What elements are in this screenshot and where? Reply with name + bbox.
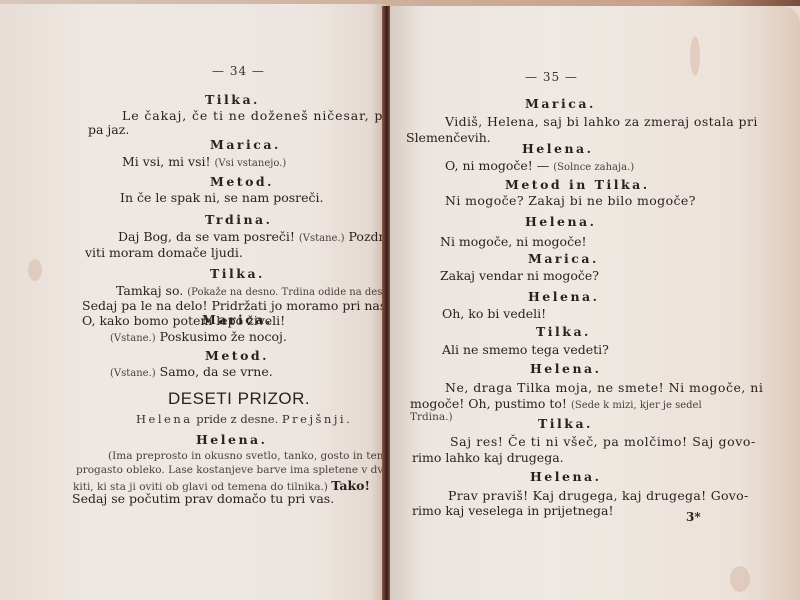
speaker-name: Metod in Tilka. [505,177,650,192]
paper-stain [28,259,42,281]
speaker-name: Helena. [528,289,600,304]
stage-direction: (Vstane.) [110,333,156,344]
speaker-name: Helena. [196,432,268,447]
speaker-name: Helena. [525,214,597,229]
stage-direction: (Sede k mizi, kjer je sedel [571,400,702,411]
speaker-name: Marica. [528,251,599,266]
stage-direction: (Vsi vstanejo.) [215,158,287,169]
dialogue-line: In če le spak ni, se nam posreči. [120,190,324,205]
dialogue-line: Zakaj vendar ni mogoče? [440,268,599,283]
speaker-name: Tilka. [210,266,265,281]
dialogue-text: Daj Bog, da se vam posreči! [118,229,295,244]
speaker-name: Marica. [210,137,281,152]
speaker-name: Marica. [525,96,596,111]
dialogue-line: Ni mogoče? Zakaj bi ne bilo mogoče? [445,193,696,208]
dialogue-line: O, ni mogoče! — (Solnce zahaja.) [445,158,634,173]
dialogue-text: Poskusimo že nocoj. [160,329,287,344]
dialogue-line: Daj Bog, da se vam posreči! (Vstane.) Po… [118,229,396,244]
dialogue-text: Tamkaj so. [116,283,183,298]
scene-character: Helena [136,412,193,426]
dialogue-line: (Vstane.) Poskusimo že nocoj. [110,329,287,344]
dialogue-line: Mi vsi, mi vsi! (Vsi vstanejo.) [122,154,286,169]
dialogue-line: rimo lahko kaj drugega. [412,450,564,465]
dialogue-line: Tamkaj so. (Pokaže na desno. Trdina odid… [116,283,402,298]
dialogue-line: Oh, ko bi vedeli! [442,306,546,321]
page-number: — 34 — [212,64,265,78]
paper-stain [690,36,700,76]
stage-direction: (Vstane.) [299,233,345,244]
dialogue-text: Samo, da se vrne. [160,364,273,379]
stage-direction: (Ima preprosto in okusno svetlo, tanko, … [108,450,400,462]
speaker-name: Helena. [530,469,602,484]
stage-direction: progasto obleko. Lase kostanjeve barve i… [76,464,390,476]
dialogue-line: Ne, draga Tilka moja, ne smete! Ni mogoč… [445,380,763,395]
stage-direction: Trdina.) [410,411,453,423]
dialogue-line: (Vstane.) Samo, da se vrne. [110,364,273,379]
stage-direction: (Vstane.) [110,368,156,379]
speaker-name: Tilka. [205,92,260,107]
printer-signature: 3* [686,510,701,524]
dialogue-text: Tako! [331,478,370,493]
dialogue-line: viti moram domače ljudi. [85,245,243,260]
dialogue-text: O, ni mogoče! — [445,158,549,173]
left-page: — 34 — Tilka. Le čakaj, če ti ne doženeš… [0,4,386,600]
speaker-name: Tilka. [536,324,591,339]
dialogue-line: mogoče! Oh, pustimo to! (Sede k mizi, kj… [410,396,702,411]
scene-others: Prejšnji. [282,412,352,426]
dialogue-line: Ali ne smemo tega vedeti? [442,342,609,357]
stage-direction: (Pokaže na desno. Trdina odide na desno.… [187,287,401,298]
dialogue-text: Mi vsi, mi vsi! [122,154,211,169]
speaker-name: Tilka. [538,416,593,431]
dialogue-line: Sedaj se počutim prav domačo tu pri vas. [72,491,334,506]
dialogue-line: Sedaj pa le na delo! Pridržati jo moramo… [82,298,390,313]
speaker-name: Helena. [522,141,594,156]
scene-subtitle: Helena pride z desne. Prejšnji. [136,412,352,426]
dialogue-line: Ni mogoče, ni mogoče! [440,234,587,249]
stage-direction: (Solnce zahaja.) [553,162,634,173]
dialogue-line: Slemenčevih. [406,130,491,145]
dialogue-line: rimo kaj veselega in prijetnega! [412,503,614,518]
page-number: — 35 — [525,70,578,84]
scene-action: pride z desne. [196,412,278,426]
dialogue-line: Prav praviš! Kaj drugega, kaj drugega! G… [448,488,749,503]
paper-stain [730,566,750,592]
dialogue-line: Vidiš, Helena, saj bi lahko za zmeraj os… [445,114,758,129]
speaker-name: Metod. [210,174,274,189]
dialogue-line: Saj res! Če ti ni všeč, pa molčimo! Saj … [450,434,756,449]
scene-title: DESETI PRIZOR. [168,389,310,409]
right-page: — 35 — Marica. Vidiš, Helena, saj bi lah… [390,6,800,600]
speaker-name: Trdina. [205,212,273,227]
dialogue-line: pa jaz. [88,122,129,137]
dialogue-text: mogoče! Oh, pustimo to! [410,396,567,411]
speaker-name: Marica. [202,312,273,327]
speaker-name: Metod. [205,348,269,363]
open-book-spread: — 34 — Tilka. Le čakaj, če ti ne doženeš… [0,0,800,600]
speaker-name: Helena. [530,361,602,376]
